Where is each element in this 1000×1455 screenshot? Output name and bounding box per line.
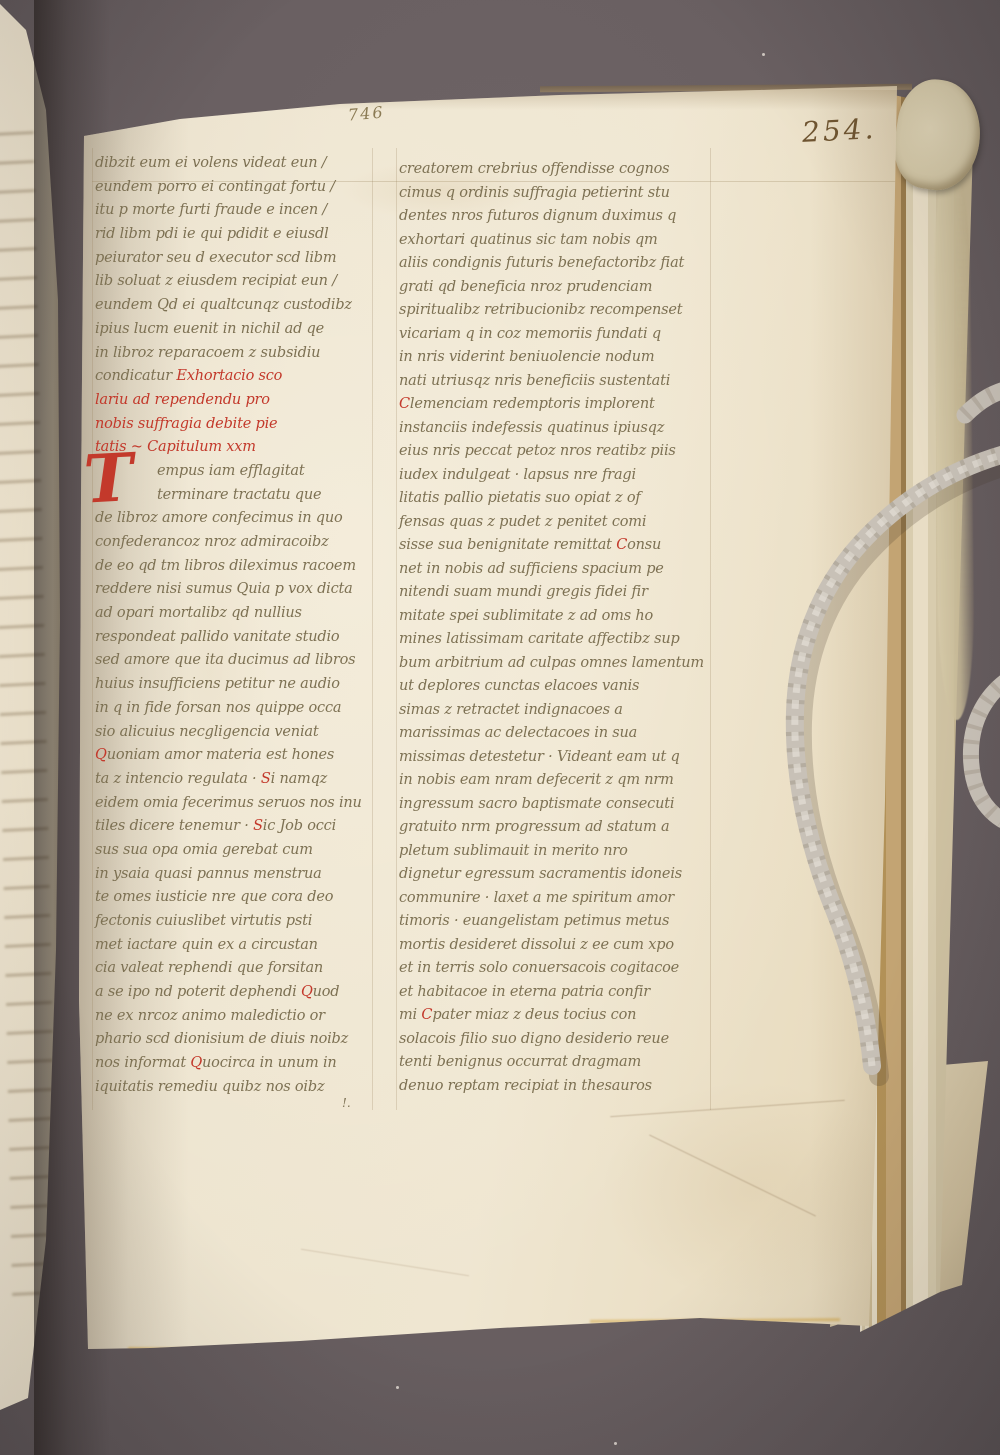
- text-line: de eo qd tm libros dileximus racoem: [95, 558, 375, 582]
- ink-text: cimus q ordinis suffragia petierint stu: [399, 185, 670, 201]
- ink-text: net in nobis ad sufficiens spacium pe: [399, 561, 664, 577]
- vellum-cover-edge: [933, 160, 975, 720]
- ink-text: et habitacoe in eterna patria confir: [399, 984, 650, 1000]
- text-line: solacois filio suo digno desiderio reue: [399, 1031, 714, 1055]
- folio-number-gutter: 746: [347, 102, 385, 124]
- text-line: litatis pallio pietatis suo opiat z of: [399, 490, 714, 514]
- ink-text: litatis pallio pietatis suo opiat z of: [399, 490, 641, 506]
- ink-text: in nobis eam nram defecerit z qm nrm: [399, 772, 674, 788]
- text-line: sus sua opa omia gerebat cum: [95, 842, 375, 866]
- text-line: phario scd dionisium de diuis noibz: [95, 1031, 375, 1055]
- ink-text: onsu: [627, 537, 661, 553]
- ink-text: iudex indulgeat · lapsus nre fragi: [399, 467, 636, 483]
- ink-text: mines latissimam caritate affectibz sup: [399, 631, 680, 647]
- rubric-line: nobis suffragia debite pie: [95, 416, 375, 440]
- rubricated-text: Q: [301, 984, 313, 1000]
- rubricated-text: C: [421, 1007, 432, 1023]
- ink-text: eundem Qd ei qualtcunqz custodibz: [95, 297, 352, 313]
- text-line: mortis desideret dissolui z ee cum xpo: [399, 937, 714, 961]
- catchword-mark: !.: [342, 1096, 351, 1110]
- ink-text: eidem omia fecerimus seruos nos inu: [95, 795, 362, 811]
- text-line: instanciis indefessis quatinus ipiusqz: [399, 420, 714, 444]
- ink-text: fectonis cuiuslibet virtutis psti: [95, 913, 312, 929]
- ink-text: tenti benignus occurrat dragmam: [399, 1054, 641, 1070]
- ink-text: empus iam efflagitat: [157, 463, 304, 479]
- text-line: mines latissimam caritate affectibz sup: [399, 631, 714, 655]
- text-line: huius insufficiens petitur ne audio: [95, 676, 375, 700]
- text-line: lib soluat z eiusdem recipiat eun /: [95, 273, 375, 297]
- text-line: eius nris peccat petoz nros reatibz piis: [399, 443, 714, 467]
- text-line: itu p morte furti fraude e incen /: [95, 202, 375, 226]
- text-line: fectonis cuiuslibet virtutis psti: [95, 913, 375, 937]
- text-line: et in terris solo conuersacois cogitacoe: [399, 960, 714, 984]
- ink-text: creatorem crebrius offendisse cognos: [399, 161, 669, 177]
- ink-text: uod: [313, 984, 340, 1000]
- text-line: respondeat pallido vanitate studio: [95, 629, 375, 653]
- dust-speck: [614, 1442, 617, 1445]
- drop-cap-initial: T: [82, 446, 149, 515]
- ink-text: ingressum sacro baptismate consecuti: [399, 796, 674, 812]
- ink-text: ic Job occi: [263, 818, 336, 834]
- ink-text: instanciis indefessis quatinus ipiusqz: [399, 420, 664, 436]
- ink-text: phario scd dionisium de diuis noibz: [95, 1031, 348, 1047]
- ink-text: dentes nros futuros dignum duximus q: [399, 208, 676, 224]
- text-line: communire · laxet a me spiritum amor: [399, 890, 714, 914]
- text-line: aliis condignis futuris benefactoribz fi…: [399, 255, 714, 279]
- ink-text: denuo reptam recipiat in thesauros: [399, 1078, 652, 1094]
- rubricated-text: lariu ad rependendu pro: [95, 392, 270, 408]
- ink-text: spiritualibz retribucionibz recompenset: [399, 302, 682, 318]
- text-line: missimas detestetur · Videant eam ut q: [399, 749, 714, 773]
- text-line: nati utriusqz nris beneficiis sustentati: [399, 373, 714, 397]
- ink-text: sisse sua benignitate remittat: [399, 537, 616, 553]
- ink-text: met iactare quin ex a circustan: [95, 937, 318, 953]
- text-line: rid libm pdi ie qui pdidit e eiusdl: [95, 226, 375, 250]
- text-line: Clemenciam redemptoris implorent: [399, 396, 714, 420]
- rubricated-text: C: [616, 537, 627, 553]
- text-line: marissimas ac delectacoes in sua: [399, 725, 714, 749]
- folio-number: 254.: [801, 112, 877, 149]
- ink-text: timoris · euangelistam petimus metus: [399, 913, 669, 929]
- ink-text: ne ex nrcoz animo maledictio or: [95, 1008, 325, 1024]
- ink-text: marissimas ac delectacoes in sua: [399, 725, 637, 741]
- ink-text: peiurator seu d executor scd libm: [95, 250, 336, 266]
- text-line: pletum sublimauit in merito nro: [399, 843, 714, 867]
- dust-speck: [396, 1386, 399, 1389]
- ink-text: dignetur egressum sacramentis idoneis: [399, 866, 682, 882]
- text-line: vicariam q in coz memoriis fundati q: [399, 326, 714, 350]
- rubric-line: lariu ad rependendu pro: [95, 392, 375, 416]
- text-line: in nris viderint beniuolencie nodum: [399, 349, 714, 373]
- ink-text: nos informat: [95, 1055, 190, 1071]
- ink-text: cia valeat rephendi que forsitan: [95, 960, 323, 976]
- text-line: confederancoz nroz admiracoibz: [95, 534, 375, 558]
- ink-text: dibzit eum ei volens videat eun /: [95, 155, 326, 171]
- ink-text: te omes iusticie nre que cora deo: [95, 889, 333, 905]
- ink-text: ipius lucm euenit in nichil ad qe: [95, 321, 324, 337]
- text-line: gratuito nrm progressum ad statum a: [399, 819, 714, 843]
- text-line: mitate spei sublimitate z ad oms ho: [399, 608, 714, 632]
- ink-text: de eo qd tm libros dileximus racoem: [95, 558, 356, 574]
- ink-text: lemenciam redemptoris implorent: [410, 396, 655, 412]
- ink-text: terminare tractatu que: [157, 487, 321, 503]
- text-line: simas z retractet indignacoes a: [399, 702, 714, 726]
- rubricated-text: Q: [190, 1055, 202, 1071]
- right-text-column: creatorem crebrius offendisse cognoscimu…: [399, 161, 714, 1101]
- text-line: fensas quas z pudet z penitet comi: [399, 514, 714, 538]
- ink-text: uoniam amor materia est hones: [107, 747, 334, 763]
- ink-text: huius insufficiens petitur ne audio: [95, 676, 340, 692]
- ink-text: respondeat pallido vanitate studio: [95, 629, 339, 645]
- ink-text: grati qd beneficia nroz prudenciam: [399, 279, 652, 295]
- bottom-edge-tint: [128, 1347, 398, 1354]
- text-line: denuo reptam recipiat in thesauros: [399, 1078, 714, 1102]
- dust-speck: [762, 53, 765, 56]
- ink-text: simas z retractet indignacoes a: [399, 702, 623, 718]
- text-line: timoris · euangelistam petimus metus: [399, 913, 714, 937]
- ink-text: solacois filio suo digno desiderio reue: [399, 1031, 669, 1047]
- ink-text: in ysaia quasi pannus menstrua: [95, 866, 322, 882]
- ink-text: in libroz reparacoem z subsidiu: [95, 345, 320, 361]
- ink-text: pater miaz z deus tocius con: [432, 1007, 636, 1023]
- text-line: eundem porro ei contingat fortu /: [95, 179, 375, 203]
- ink-text: et in terris solo conuersacois cogitacoe: [399, 960, 679, 976]
- ink-text: fensas quas z pudet z penitet comi: [399, 514, 646, 530]
- text-line: te omes iusticie nre que cora deo: [95, 889, 375, 913]
- text-line: sio alicuius necgligencia veniat: [95, 724, 375, 748]
- ink-text: uocirca in unum in: [202, 1055, 336, 1071]
- manuscript-page: 746 254. dibzit eum ei volens videat eun…: [0, 0, 1000, 1455]
- rubricated-text: C: [399, 396, 410, 412]
- ink-text: rid libm pdi ie qui pdidit e eiusdl: [95, 226, 329, 242]
- text-line: dignetur egressum sacramentis idoneis: [399, 866, 714, 890]
- text-line: sisse sua benignitate remittat Consu: [399, 537, 714, 561]
- ink-text: in q in fide forsan nos quippe occa: [95, 700, 341, 716]
- text-line: condicatur Exhortacio sco: [95, 368, 375, 392]
- ink-text: i namqz: [271, 771, 328, 787]
- text-line: peiurator seu d executor scd libm: [95, 250, 375, 274]
- text-line: sed amore que ita ducimus ad libros: [95, 652, 375, 676]
- ink-text: mi: [399, 1007, 421, 1023]
- text-line: iudex indulgeat · lapsus nre fragi: [399, 467, 714, 491]
- ruling-line-right-col-outer: [396, 148, 397, 1110]
- text-line: spiritualibz retribucionibz recompenset: [399, 302, 714, 326]
- ink-text: a se ipo nd poterit dephendi: [95, 984, 301, 1000]
- text-line: nos informat Quocirca in unum in: [95, 1055, 375, 1079]
- ink-text: condicatur: [95, 368, 176, 384]
- ink-text: pletum sublimauit in merito nro: [399, 843, 628, 859]
- text-line: grati qd beneficia nroz prudenciam: [399, 279, 714, 303]
- ink-text: eius nris peccat petoz nros reatibz piis: [399, 443, 676, 459]
- text-line: ta z intencio regulata · Si namqz: [95, 771, 375, 795]
- ink-text: vicariam q in coz memoriis fundati q: [399, 326, 661, 342]
- text-line: exhortari quatinus sic tam nobis qm: [399, 232, 714, 256]
- ink-text: nati utriusqz nris beneficiis sustentati: [399, 373, 670, 389]
- ink-text: exhortari quatinus sic tam nobis qm: [399, 232, 658, 248]
- text-line: in q in fide forsan nos quippe occa: [95, 700, 375, 724]
- text-line: creatorem crebrius offendisse cognos: [399, 161, 714, 185]
- rubricated-text: Q: [95, 747, 107, 763]
- ink-text: itu p morte furti fraude e incen /: [95, 202, 327, 218]
- ink-text: ut deplores cunctas elacoes vanis: [399, 678, 639, 694]
- text-line: cimus q ordinis suffragia petierint stu: [399, 185, 714, 209]
- text-line: eidem omia fecerimus seruos nos inu: [95, 795, 375, 819]
- text-line: net in nobis ad sufficiens spacium pe: [399, 561, 714, 585]
- text-line: reddere nisi sumus Quia p vox dicta: [95, 581, 375, 605]
- text-line: tenti benignus occurrat dragmam: [399, 1054, 714, 1078]
- ink-text: ta z intencio regulata ·: [95, 771, 261, 787]
- rubricated-text: S: [261, 771, 271, 787]
- text-line: Quoniam amor materia est hones: [95, 747, 375, 771]
- text-line: nitendi suam mundi gregis fidei fir: [399, 584, 714, 608]
- ink-text: mitate spei sublimitate z ad oms ho: [399, 608, 653, 624]
- ink-text: gratuito nrm progressum ad statum a: [399, 819, 669, 835]
- ink-text: sus sua opa omia gerebat cum: [95, 842, 313, 858]
- manuscript-photo: 746 254. dibzit eum ei volens videat eun…: [0, 0, 1000, 1455]
- rubricated-text: S: [253, 818, 263, 834]
- parchment-crease: [301, 1249, 469, 1277]
- ink-text: confederancoz nroz admiracoibz: [95, 534, 329, 550]
- ink-text: sed amore que ita ducimus ad libros: [95, 652, 355, 668]
- ink-text: communire · laxet a me spiritum amor: [399, 890, 674, 906]
- ink-text: mortis desideret dissolui z ee cum xpo: [399, 937, 674, 953]
- text-line: ipius lucm euenit in nichil ad qe: [95, 321, 375, 345]
- text-line: dentes nros futuros dignum duximus q: [399, 208, 714, 232]
- ruling-line-left-col-outer: [92, 148, 93, 1110]
- left-text-column: dibzit eum ei volens videat eun /eundem …: [95, 155, 375, 1103]
- rubricated-text: nobis suffragia debite pie: [95, 416, 277, 432]
- ink-text: sio alicuius necgligencia veniat: [95, 724, 318, 740]
- text-line: ingressum sacro baptismate consecuti: [399, 796, 714, 820]
- text-line: in ysaia quasi pannus menstrua: [95, 866, 375, 890]
- text-line: ne ex nrcoz animo maledictio or: [95, 1008, 375, 1032]
- ink-text: nitendi suam mundi gregis fidei fir: [399, 584, 648, 600]
- ink-text: in nris viderint beniuolencie nodum: [399, 349, 654, 365]
- text-line: in libroz reparacoem z subsidiu: [95, 345, 375, 369]
- ink-text: ad opari mortalibz qd nullius: [95, 605, 302, 621]
- text-line: dibzit eum ei volens videat eun /: [95, 155, 375, 179]
- text-line: iquitatis remediu quibz nos oibz: [95, 1079, 375, 1103]
- text-line: tiles dicere tenemur · Sic Job occi: [95, 818, 375, 842]
- text-line: met iactare quin ex a circustan: [95, 937, 375, 961]
- ink-text: aliis condignis futuris benefactoribz fi…: [399, 255, 684, 271]
- worn-vellum-corner: [889, 75, 987, 196]
- text-line: in nobis eam nram defecerit z qm nrm: [399, 772, 714, 796]
- ink-text: bum arbitrium ad culpas omnes lamentum: [399, 655, 704, 671]
- text-line: ut deplores cunctas elacoes vanis: [399, 678, 714, 702]
- text-line: eundem Qd ei qualtcunqz custodibz: [95, 297, 375, 321]
- text-line: mi Cpater miaz z deus tocius con: [399, 1007, 714, 1031]
- text-line: et habitacoe in eterna patria confir: [399, 984, 714, 1008]
- rubricated-text: Exhortacio sco: [176, 368, 282, 384]
- text-line: bum arbitrium ad culpas omnes lamentum: [399, 655, 714, 679]
- ink-text: tiles dicere tenemur ·: [95, 818, 253, 834]
- text-line: de libroz amore confecimus in quo: [95, 510, 375, 534]
- ink-text: lib soluat z eiusdem recipiat eun /: [95, 273, 337, 289]
- ink-text: reddere nisi sumus Quia p vox dicta: [95, 581, 353, 597]
- text-line: ad opari mortalibz qd nullius: [95, 605, 375, 629]
- bottom-edge-tint: [590, 1318, 840, 1323]
- text-line: cia valeat rephendi que forsitan: [95, 960, 375, 984]
- ink-text: eundem porro ei contingat fortu /: [95, 179, 335, 195]
- ink-text: iquitatis remediu quibz nos oibz: [95, 1079, 324, 1095]
- text-line: a se ipo nd poterit dephendi Quod: [95, 984, 375, 1008]
- ink-text: missimas detestetur · Videant eam ut q: [399, 749, 680, 765]
